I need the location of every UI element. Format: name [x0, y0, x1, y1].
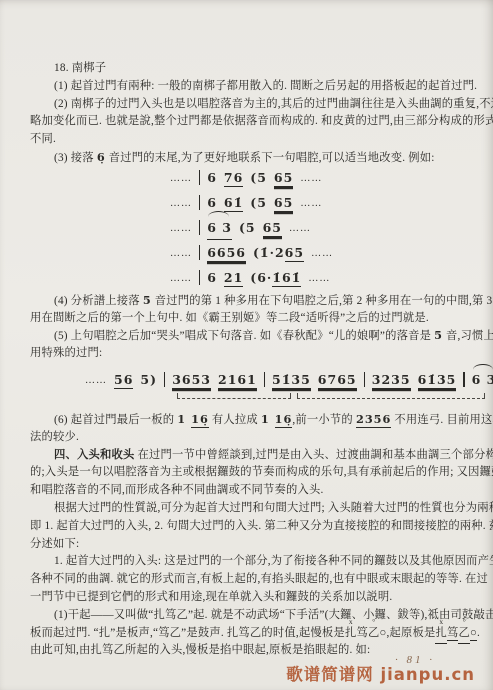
barline-mark: [199, 270, 200, 285]
text-segment: 由此可知,由扎笃乙所起的入头,慢板是掐中眼起,原板是掐眼起的. 如:: [30, 644, 370, 656]
text-segment: (2) 南梆子的过門入头也是以唱腔落音为主的,其后的过門曲調往往是入头曲調的重复…: [54, 98, 493, 110]
text-segment: ,起原板是: [386, 627, 435, 639]
notation-token: (1̇·: [253, 245, 275, 260]
drum-beat-mark: °: [463, 618, 466, 625]
text-line: 板而起过門. “扎”是板声,“笃乙”是鼓声. 扎笃乙的时值,起慢板是x扎笃°乙○…: [30, 625, 471, 643]
notation-token: 56: [114, 372, 133, 389]
notation-line-special: ……565)3653216151̇356765323561̇356 3: [85, 370, 471, 403]
text-line: 和唱腔落音的不同,而形成各种不同曲調或不同节奏的入头.: [30, 482, 471, 500]
text-segment: ○: [470, 627, 477, 641]
text-segment: 四、入头和收头: [54, 449, 134, 461]
text-segment: 的;入头是一句以唱腔落音为主或根据鑼鼓的节奏而构成的乐句,具有承前起后的作用; …: [30, 466, 493, 478]
barline-mark: [463, 372, 464, 387]
notation-token: 65: [274, 170, 293, 187]
text-segment: x扎: [435, 625, 447, 645]
ellipsis-leader: ……: [85, 375, 107, 386]
notation-token: 1: [261, 412, 275, 426]
text-line: 不同.: [30, 131, 471, 149]
text-segment: 有人拉成: [209, 414, 261, 426]
drum-beat-mark: °: [372, 618, 375, 625]
notation-token: 65: [285, 245, 304, 262]
text-segment: 各种不同的曲調. 就它的形式而言,有板上起的,有掐头眼起的,也有中眼或末眼起的等…: [30, 573, 488, 585]
phrase-bracket: [297, 393, 485, 399]
section-heading-line: 四、入头和收头 在过門一节中曾經談到,过門是由入头、过渡曲調和基本曲調三个部分构…: [30, 447, 471, 465]
barline-mark: [199, 195, 200, 210]
text-segment: 略加变化而已. 也就是說,整个过門都是依据落音而构成的. 和皮黄的过門,由三部分…: [30, 115, 493, 127]
drum-syllable: 扎: [345, 627, 357, 639]
text-segment: 和唱腔落音的不同,而形成各种不同曲調或不同节奏的入头.: [30, 484, 323, 496]
notation-token: 61̇35: [418, 372, 457, 389]
watermark: 歌谱简谱网 jianpu.cn: [286, 661, 475, 685]
drum-beat-mark: x: [439, 618, 443, 625]
notation-token: 65: [263, 220, 282, 237]
text-segment: 音过門的第 1 种多用在下句唱腔之后,第 2 种多用在一句的中間,第 3 种: [152, 295, 493, 307]
barline-mark: [199, 220, 200, 235]
notation-token: (5: [250, 170, 267, 185]
phrase-bracket: [177, 393, 291, 399]
text-segment: x扎: [345, 625, 357, 643]
notation-token: 51̇35: [272, 372, 311, 389]
notation-token: (6·: [250, 270, 272, 285]
text-segment: 用特殊的过門:: [30, 347, 102, 359]
text-line: 根据大过門的性質説,可分为起首大过門和句間大过門; 入头随着大过門的性質也分为兩…: [30, 500, 471, 518]
notation-token: 6: [207, 270, 217, 285]
notation-token: 6 3: [207, 217, 232, 240]
notation-token: 5: [143, 293, 152, 307]
notation-token: 6: [207, 195, 217, 210]
text-segment: (1)干起——又叫做“扎笃乙”起. 就是不动武场“下手活”(大鑼、小鑼、鈸等),…: [54, 609, 493, 621]
text-segment: 板而起过門. “扎”是板声,“笃乙”是鼓声. 扎笃乙的时值,起慢板是: [30, 627, 345, 639]
notation-line: ……661̇(565……: [30, 192, 471, 217]
text-segment: °乙: [458, 625, 470, 645]
text-line: (4) 分析譜上接落 5 音过門的第 1 种多用在下句唱腔之后,第 2 种多用在…: [30, 292, 471, 310]
scanned-page: 18. 南梆子(1) 起首过門有兩种: 一般的南梆子都用散入的. 間断之后另起的…: [0, 0, 493, 690]
text-segment: 不用连弓. 目前用这种弓: [391, 414, 493, 426]
section-number-line: 18. 南梆子: [30, 60, 471, 78]
text-segment: ,前一小节的: [292, 414, 356, 426]
watermark-text: 歌谱简谱网 jianpu.cn: [286, 665, 475, 684]
text-line: 的;入头是一句以唱腔落音为主或根据鑼鼓的节奏而构成的乐句,具有承前起后的作用; …: [30, 464, 471, 482]
notation-token: 3235: [372, 372, 411, 389]
notation-token: 61̇: [224, 195, 243, 212]
notation-token: 5): [140, 372, 157, 387]
text-segment: 根据大过門的性質説,可分为起首大过門和句間大过門; 入头随着大过門的性質也分为兩…: [54, 502, 493, 514]
barline-mark: [364, 372, 365, 387]
notation-token: 6765: [318, 372, 357, 389]
text-segment: 18. 南梆子: [54, 62, 106, 74]
ellipsis-leader: ……: [300, 198, 322, 209]
drum-syllable: 乙: [458, 627, 470, 639]
notation-token: 1̇61̇: [272, 270, 301, 287]
text-segment: 分述如下:: [30, 538, 79, 550]
text-segment: 1. 起首大过門的入头: 这是过門的一个部分,为了衔接各种不同的鑼鼓以及其他原因…: [54, 555, 493, 567]
notation-token: 1: [177, 412, 191, 426]
notation-token: 21: [224, 270, 243, 287]
ellipsis-leader: ……: [170, 173, 192, 184]
text-line: (3) 接落 6̣ 音过門的末尾,为了更好地联系下一句唱腔,可以适当地改变. 例…: [30, 149, 471, 167]
text-line: 1. 起首大过門的入头: 这是过門的一个部分,为了衔接各种不同的鑼鼓以及其他原因…: [30, 553, 471, 571]
text-line: 用特殊的过門:: [30, 345, 471, 363]
notation-line: ……621(6·1̇61̇……: [30, 267, 471, 292]
ellipsis-leader: ……: [311, 248, 333, 259]
notation-token: 5: [434, 328, 443, 342]
notation-token: 76: [224, 170, 243, 187]
text-segment: (5) 上句唱腔之后加“哭头”唱成下句落音. 如《春秋配》“儿的娘啊”的落音是: [54, 330, 434, 342]
text-segment: 音,习惯上須: [443, 330, 493, 342]
text-segment: (3) 接落: [54, 152, 97, 164]
text-line: (5) 上句唱腔之后加“哭头”唱成下句落音. 如《春秋配》“儿的娘啊”的落音是 …: [30, 327, 471, 345]
notation-token: (5: [250, 195, 267, 210]
barline-mark: [164, 372, 165, 387]
barline-mark: [199, 245, 200, 260]
text-segment: 笃: [447, 627, 459, 641]
ellipsis-leader: ……: [170, 273, 192, 284]
ellipsis-leader: ……: [300, 173, 322, 184]
notation-line: ……6 3(565……: [30, 217, 471, 242]
text-line: (1) 起首过門有兩种: 一般的南梆子都用散入的. 間断之后另起的用搭板起的起首…: [30, 78, 471, 96]
notation-token: 3653: [172, 372, 211, 389]
notation-token: 65: [274, 195, 293, 212]
notation-line: ……676(565……: [30, 167, 471, 192]
text-line: 即 1. 起首大过門的入头, 2. 句間大过門的入头. 第二种又分为直接接腔的和…: [30, 518, 471, 536]
text-line: 分述如下:: [30, 536, 471, 554]
text-segment: 法的较少.: [30, 431, 79, 443]
notation-token: 2: [275, 245, 285, 260]
text-segment: (1) 起首过門有兩种: 一般的南梆子都用散入的. 間断之后另起的用搭板起的起首…: [54, 80, 477, 92]
notation-token: 6 3: [472, 370, 493, 390]
ellipsis-leader: ……: [170, 198, 192, 209]
drum-syllable: 扎: [435, 627, 447, 639]
notation-token: 2356: [356, 412, 391, 428]
text-segment: °乙: [368, 625, 380, 643]
text-line: (1)干起——又叫做“扎笃乙”起. 就是不动武场“下手活”(大鑼、小鑼、鈸等),…: [30, 607, 471, 625]
notation-line: ……6656(1̇·265……: [30, 242, 471, 267]
text-segment: (6) 起首过門最后一板的: [54, 414, 177, 426]
text-line: 一門节中已提到它們的形式和用途,现在单就入头和鑼鼓的关系加以説明.: [30, 589, 471, 607]
ellipsis-leader: ……: [308, 273, 330, 284]
text-segment: (4) 分析譜上接落: [54, 295, 143, 307]
text-line: (6) 起首过門最后一板的 1 16̣ 有人拉成 1 16̣,前一小节的 235…: [30, 411, 471, 429]
barline-mark: [199, 170, 200, 185]
text-line: (2) 南梆子的过門入头也是以唱腔落音为主的,其后的过門曲調往往是入头曲調的重复…: [30, 96, 471, 114]
barline-mark: [264, 372, 265, 387]
text-line: 各种不同的曲調. 就它的形式而言,有板上起的,有掐头眼起的,也有中眼或末眼起的等…: [30, 571, 471, 589]
text-line: 略加变化而已. 也就是說,整个过門都是依据落音而构成的. 和皮黄的过門,由三部分…: [30, 113, 471, 131]
text-segment: 用在間断之后的第一个上句中. 如《霸王别姬》等二段“适听得”之后的过門就是.: [30, 312, 429, 324]
text-segment: 一門节中已提到它們的形式和用途,现在单就入头和鑼鼓的关系加以説明.: [30, 591, 392, 603]
ellipsis-leader: ……: [170, 223, 192, 234]
drum-beat-mark: x: [349, 618, 353, 625]
notation-token: 2161: [218, 372, 257, 389]
text-segment: 不同.: [30, 133, 56, 145]
notation-token: 6̣: [97, 150, 106, 164]
text-segment: .: [477, 627, 480, 639]
ellipsis-leader: ……: [170, 248, 192, 259]
notation-token: 16̣: [191, 412, 209, 428]
drum-syllable: 乙: [368, 627, 380, 639]
text-segment: 在过門一节中曾經談到,过門是由入头、过渡曲調和基本曲調三个部分构成: [134, 449, 493, 461]
notation-token: 6: [207, 170, 217, 185]
page-content: 18. 南梆子(1) 起首过門有兩种: 一般的南梆子都用散入的. 間断之后另起的…: [30, 60, 471, 660]
notation-token: 6656: [207, 245, 246, 262]
text-segment: 即 1. 起首大过門的入头, 2. 句間大过門的入头. 第二种又分为直接接腔的和…: [30, 520, 493, 532]
text-segment: 音过門的末尾,为了更好地联系下一句唱腔,可以适当地改变. 例如:: [106, 152, 435, 164]
text-segment: 笃: [356, 627, 368, 639]
text-line: 用在間断之后的第一个上句中. 如《霸王别姬》等二段“适听得”之后的过門就是.: [30, 310, 471, 328]
notation-token: (5: [239, 220, 256, 235]
notation-token: 16̣: [275, 412, 293, 428]
ellipsis-leader: ……: [289, 223, 311, 234]
text-line: 法的较少.: [30, 429, 471, 447]
